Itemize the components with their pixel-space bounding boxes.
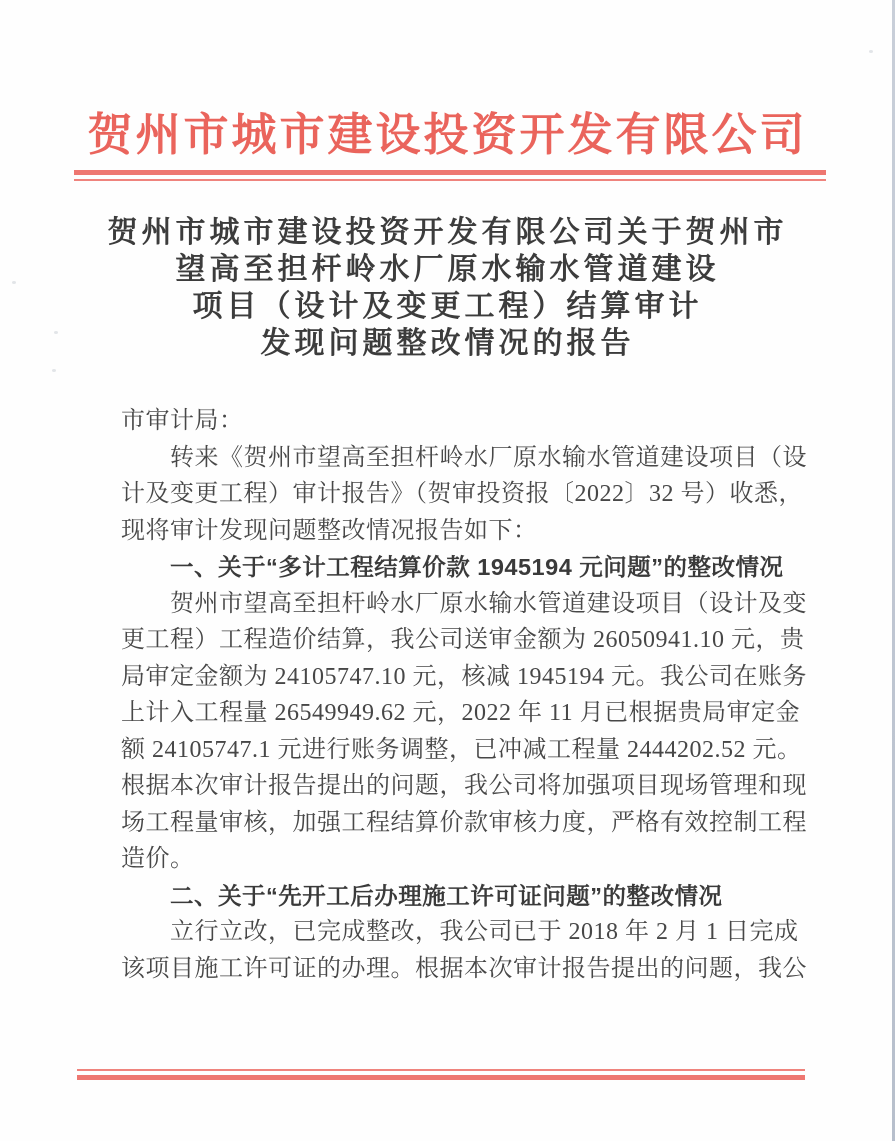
document-title-line: 项目（设计及变更工程）结算审计 (0, 288, 895, 325)
scan-speck (12, 281, 16, 284)
salutation: 市审计局： (121, 403, 797, 440)
body-line: 根据本次审计报告提出的问题，我公司将加强项目现场管理和现 (121, 768, 797, 805)
body-line: 上计入工程量 26549949.62 元，2022 年 11 月已根据贵局审定金 (121, 695, 797, 732)
document-title-line: 发现问题整改情况的报告 (0, 325, 895, 362)
body-line: 该项目施工许可证的办理。根据本次审计报告提出的问题，我公 (121, 951, 797, 988)
letterhead-divider (74, 170, 826, 181)
section-heading: 一、关于“多计工程结算价款 1945194 元问题”的整改情况 (121, 549, 797, 586)
body-line: 贺州市望高至担杆岭水厂原水输水管道建设项目（设计及变 (121, 586, 797, 623)
footer-divider (77, 1069, 805, 1080)
section-heading: 二、关于“先开工后办理施工许可证问题”的整改情况 (121, 878, 797, 915)
scan-speck (869, 50, 873, 53)
document-title: 贺州市城市建设投资开发有限公司关于贺州市 望高至担杆岭水厂原水输水管道建设 项目… (0, 214, 895, 362)
scan-speck (52, 369, 56, 372)
document-title-line: 望高至担杆岭水厂原水输水管道建设 (0, 251, 895, 288)
letterhead-company: 贺州市城市建设投资开发有限公司 (0, 106, 895, 164)
body-line: 更工程）工程造价结算，我公司送审金额为 26050941.10 元，贵 (121, 622, 797, 659)
document-title-line: 贺州市城市建设投资开发有限公司关于贺州市 (0, 214, 895, 251)
body-line: 计及变更工程）审计报告》（贺审投资报〔2022〕32 号）收悉， (121, 476, 797, 513)
document-page: 贺州市城市建设投资开发有限公司 贺州市城市建设投资开发有限公司关于贺州市 望高至… (0, 0, 895, 1141)
scan-speck (54, 331, 58, 334)
body-line: 立行立改，已完成整改，我公司已于 2018 年 2 月 1 日完成 (121, 914, 797, 951)
body-line: 造价。 (121, 841, 797, 878)
body-line: 转来《贺州市望高至担杆岭水厂原水输水管道建设项目（设 (121, 440, 797, 477)
body-line: 场工程量审核，加强工程结算价款审核力度，严格有效控制工程 (121, 805, 797, 842)
document-body: 市审计局： 转来《贺州市望高至担杆岭水厂原水输水管道建设项目（设 计及变更工程）… (121, 403, 797, 987)
body-line: 现将审计发现问题整改情况报告如下： (121, 513, 797, 550)
body-line: 额 24105747.1 元进行账务调整，已冲减工程量 2444202.52 元… (121, 732, 797, 769)
body-line: 局审定金额为 24105747.10 元，核减 1945194 元。我公司在账务 (121, 659, 797, 696)
